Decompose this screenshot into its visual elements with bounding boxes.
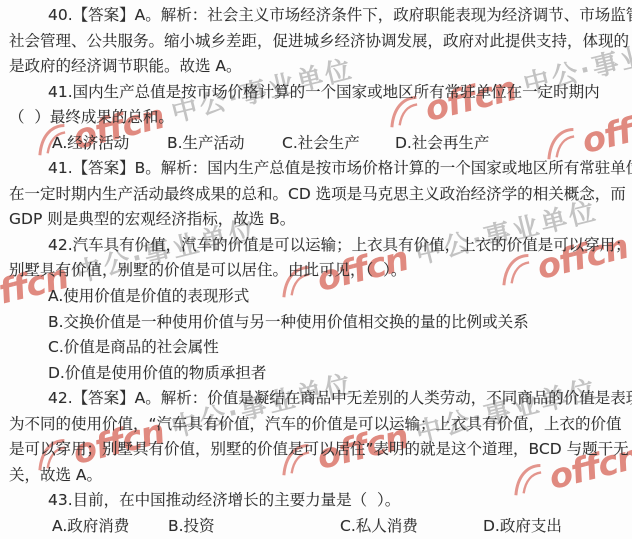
text-line: 关，故选 A。 [0, 463, 632, 489]
option-item: A.政府消费 [52, 514, 129, 539]
text-line: A.使用价值是价值的表现形式 [0, 284, 632, 310]
text-line: GDP 则是典型的宏观经济指标，故选 B。 [0, 207, 632, 233]
option-item: D.社会再生产 [395, 131, 489, 157]
text-line: 43.目前，在中国推动经济增长的主要力量是（ ）。 [0, 488, 632, 514]
option-item: C.私人消费 [340, 514, 418, 539]
option-item: B.生产活动 [167, 131, 245, 157]
text-line: 是可以穿用；别墅具有价值，别墅的价值是可以居住”表明的就是这个道理，BCD 与题… [0, 437, 632, 463]
text-line: （ ）最终成果的总和。 [0, 105, 632, 131]
text-line: 42.汽车具有价值，汽车的价值是可以运输；上衣具有价值，上衣的价值是可以穿用； [0, 233, 632, 259]
document-content: 40.【答案】A。解析：社会主义市场经济条件下，政府职能表现为经济调节、市场监管… [0, 3, 632, 539]
option-item: A.经济活动 [52, 131, 129, 157]
text-line: 41.【答案】B。解析：国内生产总值是按市场价格计算的一个国家或地区所有常驻单位 [0, 156, 632, 182]
text-line: 40.【答案】A。解析：社会主义市场经济条件下，政府职能表现为经济调节、市场监管… [0, 3, 632, 29]
text-line: 42.【答案】A。解析：价值是凝结在商品中无差别的人类劳动，不同商品的价值是表现 [0, 386, 632, 412]
option-item: C.社会生产 [282, 131, 360, 157]
options-row: A.政府消费B.投资C.私人消费D.政府支出 [0, 514, 632, 539]
text-line: 41.国内生产总值是按市场价格计算的一个国家或地区所有常驻单位在一定时期内 [0, 80, 632, 106]
text-line: 别墅具有价值，别墅的价值是可以居住。由此可见，（ ）。 [0, 258, 632, 284]
option-item: B.投资 [168, 514, 215, 539]
text-line: B.交换价值是一种使用价值与另一种使用价值相交换的量的比例或关系 [0, 310, 632, 336]
text-line: C.价值是商品的社会属性 [0, 335, 632, 361]
text-line: 在一定时期内生产活动最终成果的总和。CD 选项是马克思主义政治经济学的相关概念，… [0, 182, 632, 208]
option-item: D.政府支出 [483, 514, 562, 539]
text-line: 为不同的使用价值，“汽车具有价值，汽车的价值是可以运输；上衣具有价值，上衣的价值 [0, 412, 632, 438]
options-row: A.经济活动B.生产活动C.社会生产D.社会再生产 [0, 131, 632, 157]
document-page: offcn中公·事业单位offcn中公·事业单位offcn中公·事业单位offc… [0, 0, 632, 539]
text-line: 是政府的经济调节职能。故选 A。 [0, 54, 632, 80]
text-line: 社会管理、公共服务。缩小城乡差距，促进城乡经济协调发展，政府对此提供支持，体现的 [0, 29, 632, 55]
text-line: D.价值是使用价值的物质承担者 [0, 361, 632, 387]
